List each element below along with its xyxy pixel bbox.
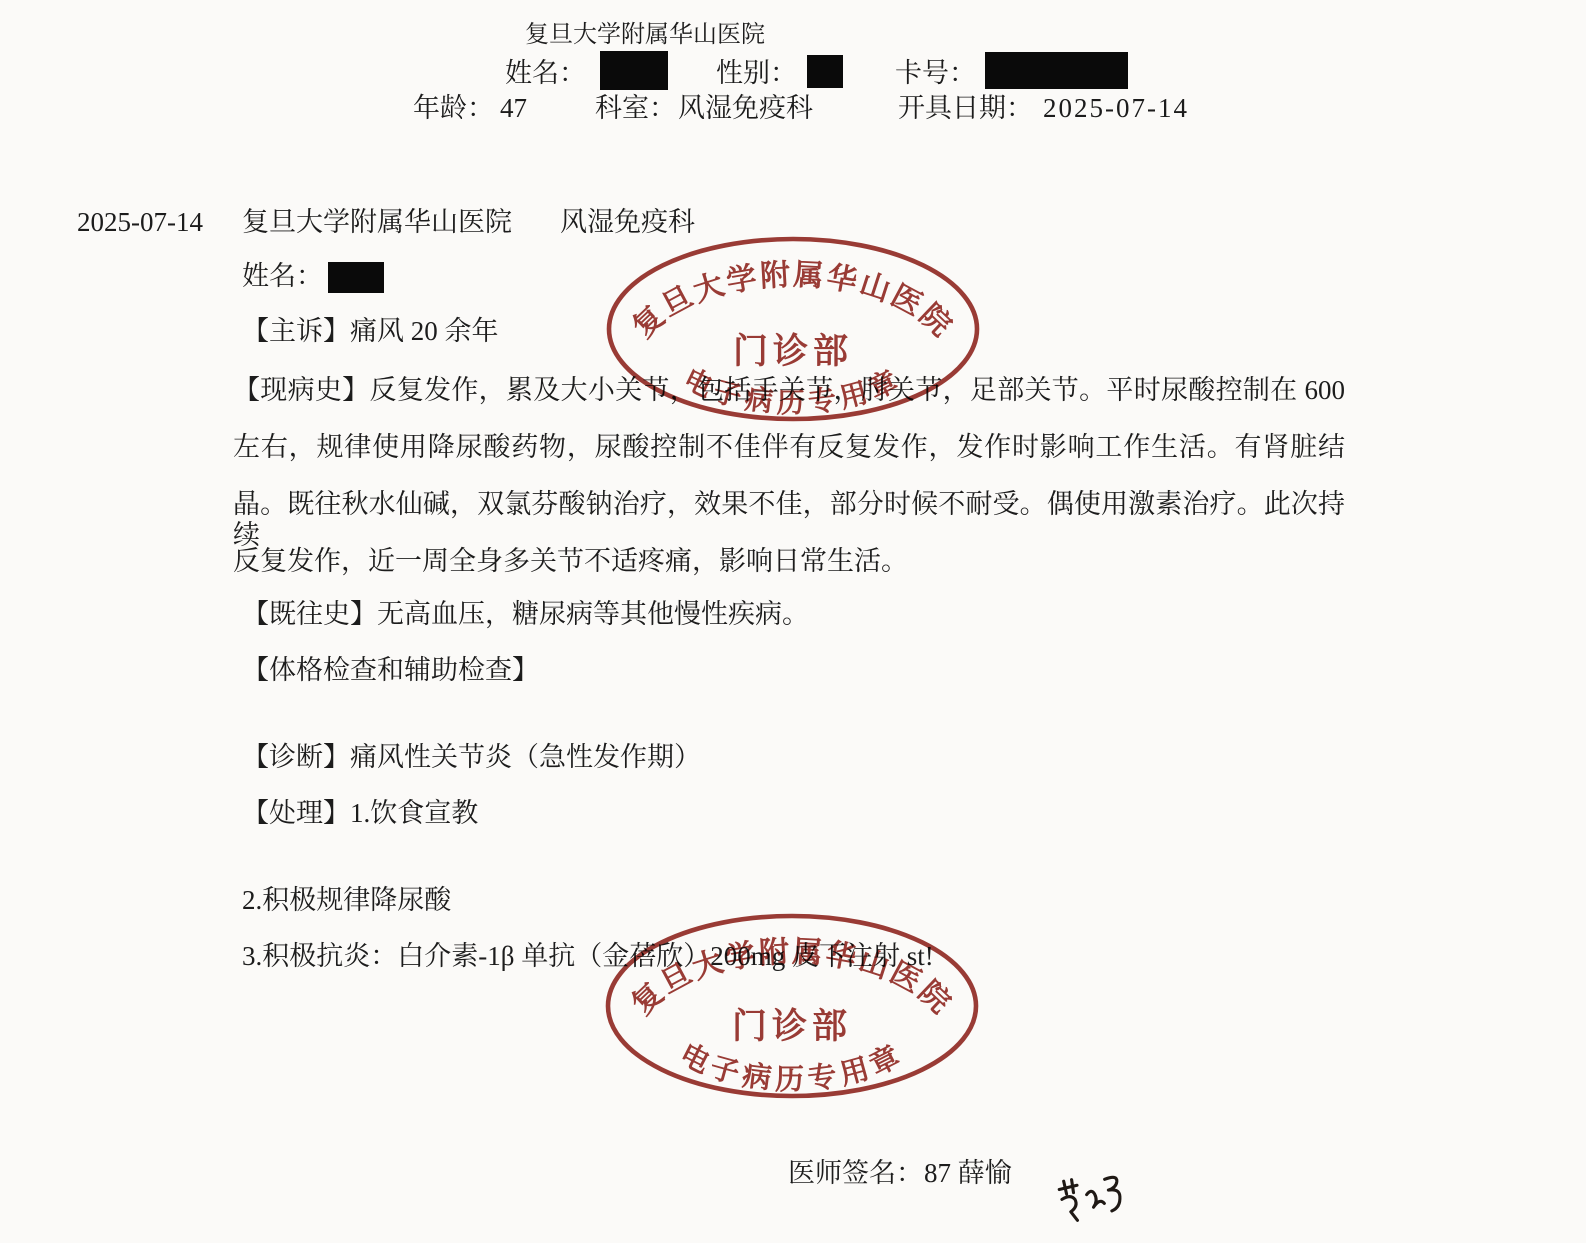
doctor-signature-value: 87 薛愉 (924, 1158, 1012, 1189)
stamp-middle-text: 门诊部 (732, 1006, 852, 1046)
header-dept-label: 科室： (595, 93, 676, 124)
doctor-signature-handwriting (1054, 1170, 1138, 1228)
stamp-middle-text: 门诊部 (733, 331, 853, 371)
doctor-signature-label: 医师签名： (788, 1158, 923, 1189)
header-card-label: 卡号： (895, 58, 976, 89)
body-name-redaction (328, 262, 384, 293)
physical-exam-line: 【体格检查和辅助检查】 (242, 655, 539, 686)
past-history-line: 【既往史】无高血压，糖尿病等其他慢性疾病。 (242, 599, 809, 630)
clinic-stamp-lower: 复旦大学附属华山医院 门诊部 电子病历专用章 (602, 911, 982, 1101)
patient-card-redaction (985, 52, 1128, 89)
header-age-value: 47 (500, 93, 527, 124)
body-name-label: 姓名： (242, 261, 323, 292)
visit-date: 2025-07-14 (77, 207, 203, 238)
hpi-line-4: 反复发作，近一周全身多关节不适疼痛，影响日常生活。 (233, 546, 908, 577)
plan-line-1: 【处理】1.饮食宣教 (242, 798, 478, 829)
medical-record-page: { "colors": { "stamp_red": "#942b24", "i… (0, 0, 1586, 1243)
plan-line-2: 2.积极规律降尿酸 (242, 885, 451, 916)
clinic-stamp-upper: 复旦大学附属华山医院 门诊部 电子病历专用章 (603, 234, 983, 424)
header-dept-value: 风湿免疫科 (678, 93, 813, 124)
header-issue-date-value: 2025-07-14 (1043, 93, 1189, 124)
chief-complaint-line: 【主诉】痛风 20 余年 (242, 316, 499, 347)
visit-hospital: 复旦大学附属华山医院 (242, 207, 512, 238)
patient-name-redaction (600, 51, 668, 90)
header-issue-date-label: 开具日期： (898, 93, 1033, 124)
diagnosis-line: 【诊断】痛风性关节炎（急性发作期） (242, 742, 701, 773)
patient-gender-redaction (807, 55, 843, 88)
hpi-line-3: 晶。既往秋水仙碱，双氯芬酸钠治疗，效果不佳，部分时候不耐受。偶使用激素治疗。此次… (233, 489, 1345, 551)
header-hospital-title: 复旦大学附属华山医院 (525, 22, 765, 50)
hpi-line-2: 左右，规律使用降尿酸药物，尿酸控制不佳伴有反复发作，发作时影响工作生活。有肾脏结 (233, 432, 1345, 463)
header-gender-label: 性别： (716, 58, 797, 89)
header-name-label: 姓名： (505, 58, 586, 89)
header-age-label: 年龄： (413, 93, 494, 124)
